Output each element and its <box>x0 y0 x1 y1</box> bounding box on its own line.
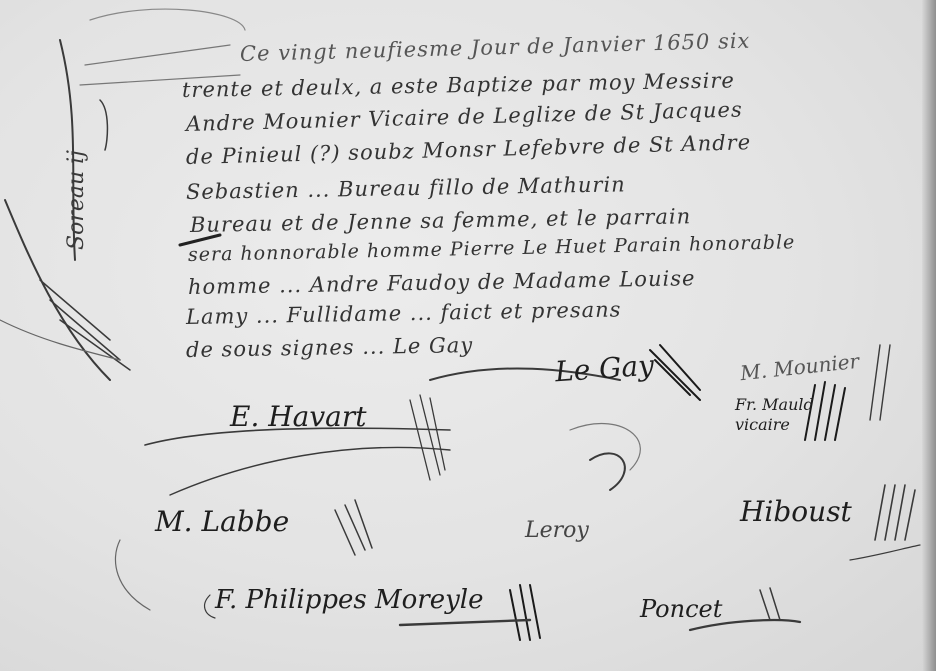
signature-mounier: M. Mounier <box>739 349 860 385</box>
body-line-5: Sebastien ... Bureau fillo de Mathurin <box>186 172 626 204</box>
signature-legay: Le Gay <box>554 349 655 389</box>
body-line-3: Andre Mounier Vicaire de Leglize de St J… <box>186 97 743 136</box>
body-line-9: Lamy ... Fullidame ... faict et presans <box>186 297 622 329</box>
signature-poncet: Poncet <box>640 595 722 623</box>
document-scan: Soreau ij Ce vingt neufiesme Jour de Jan… <box>0 0 936 671</box>
body-line-2: trente et deulx, a este Baptize par moy … <box>182 68 735 102</box>
margin-name: Soreau ij <box>64 150 89 250</box>
signature-hiboust: Hiboust <box>740 495 852 528</box>
signature-labbe: M. Labbe <box>155 505 289 538</box>
body-line-1: Ce vingt neufiesme Jour de Janvier 1650 … <box>240 29 751 66</box>
body-line-4: de Pinieul (?) soubz Monsr Lefebvre de S… <box>186 130 752 169</box>
signature-mauld: Fr. Mauld vicaire <box>735 395 815 435</box>
signature-leroy: Leroy <box>525 518 589 543</box>
body-line-8: homme ... Andre Faudoy de Madame Louise <box>188 266 696 299</box>
body-line-6: Bureau et de Jenne sa femme, et le parra… <box>190 204 692 237</box>
body-line-7: sera honnorable homme Pierre Le Huet Par… <box>188 231 796 266</box>
signature-moreyle: F. Philippes Moreyle <box>215 585 483 615</box>
page-edge-shadow <box>922 0 936 671</box>
body-line-10: de sous signes ... Le Gay <box>186 333 474 362</box>
signature-havart: E. Havart <box>230 400 367 433</box>
